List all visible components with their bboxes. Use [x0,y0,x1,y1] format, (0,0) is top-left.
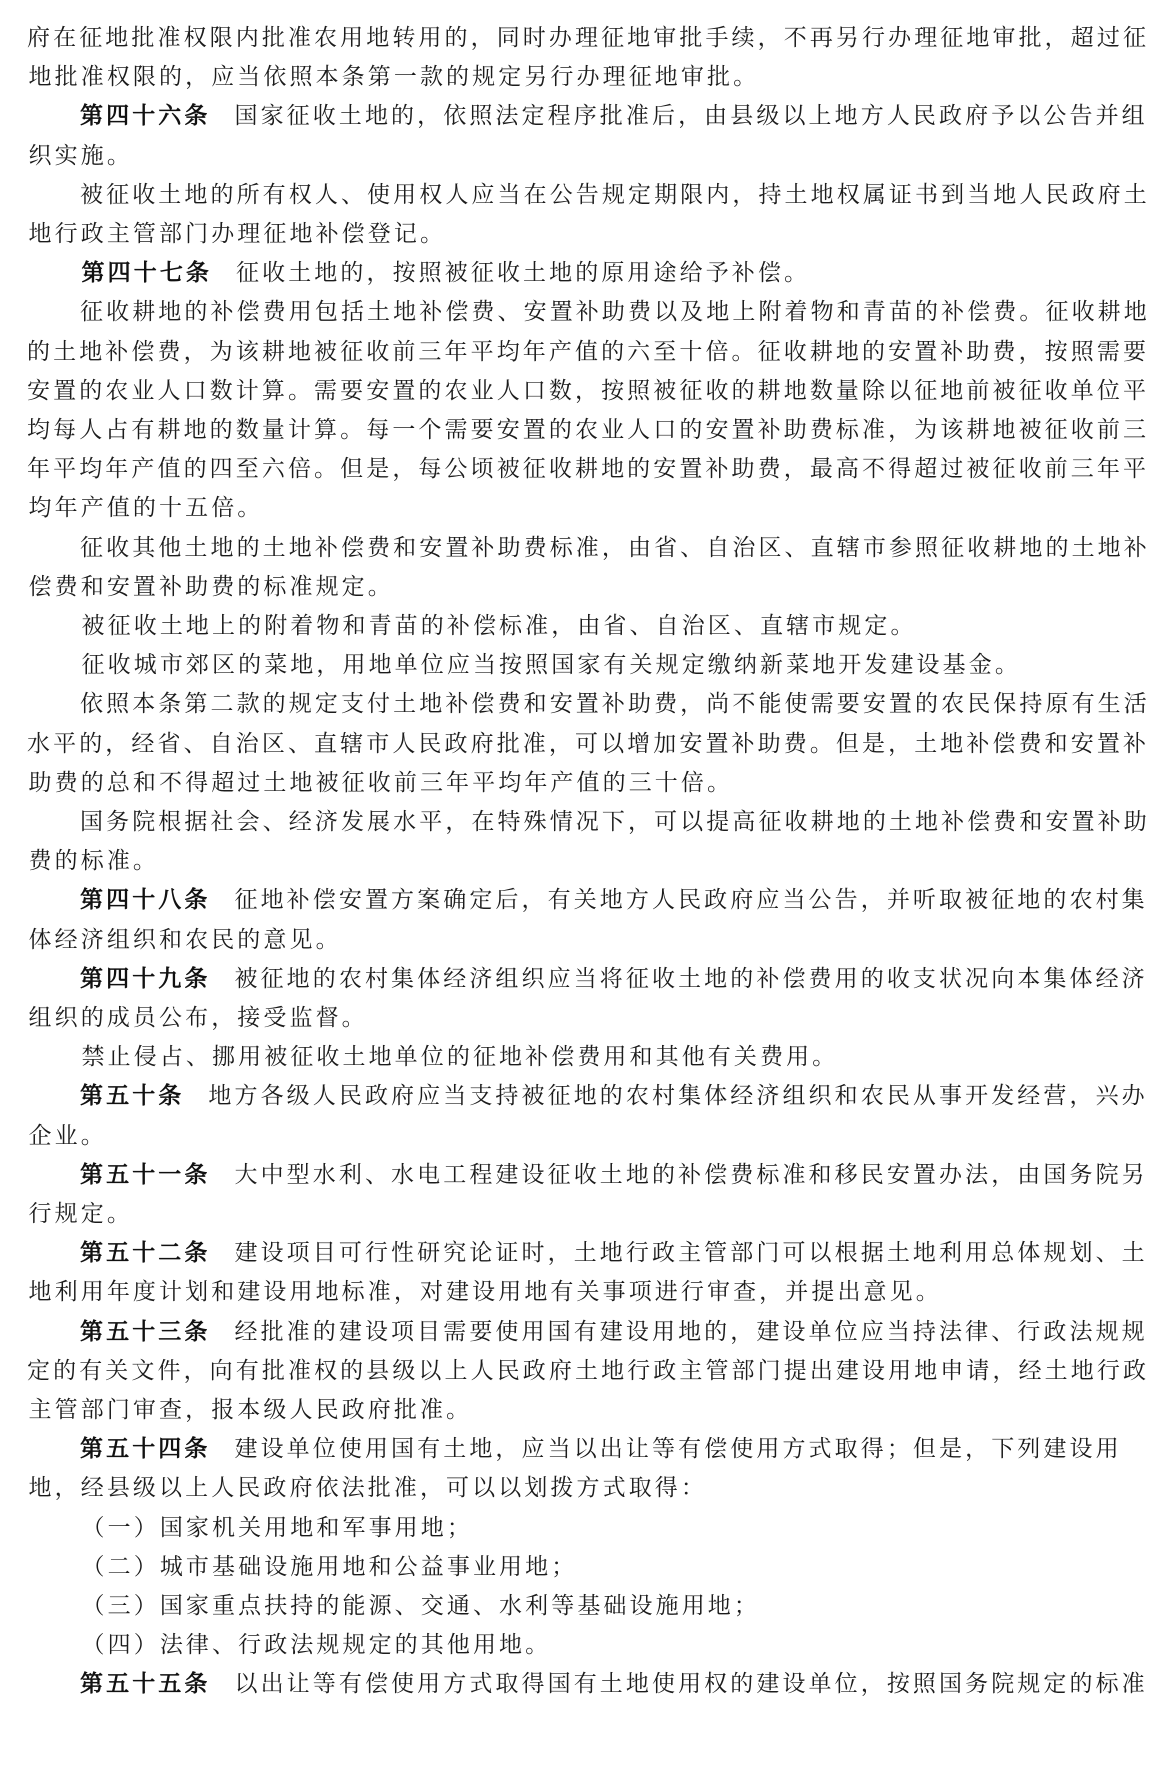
text-line: 助费的总和不得超过土地被征收前三年平均年产值的三十倍。 [27,764,732,803]
article-number: 第五十四条 [80,1436,210,1462]
text-line: 地批准权限的，应当依照本条第一款的规定另行办理征地审批。 [27,58,758,97]
line-text: （四）法律、行政法规规定的其他用地。 [80,1632,550,1658]
line-text: 大中型水利、水电工程建设征收土地的补偿费标准和移民安置办法，由国务院另 [234,1162,1147,1188]
line-text: 织实施。 [27,143,131,169]
article-heading-line: 第五十五条以出让等有偿使用方式取得国有土地使用权的建设单位，按照国务院规定的标准 [80,1665,1150,1704]
line-text: 均每人占有耕地的数量计算。每一个需要安置的农业人口的安置补助费标准，为该耕地被征… [27,417,1149,443]
text-line: 征收城市郊区的菜地，用地单位应当按照国家有关规定缴纳新菜地开发建设基金。 [80,646,1019,685]
text-line: （二）城市基础设施用地和公益事业用地； [80,1548,576,1587]
article-number: 第四十八条 [80,887,210,913]
article-heading-line: 第四十九条被征地的农村集体经济组织应当将征收土地的补偿费用的收支状况向本集体经济 [80,960,1150,999]
article-heading-line: 第五十条地方各级人民政府应当支持被征地的农村集体经济组织和农民从事开发经营，兴办 [80,1077,1150,1116]
text-line: 主管部门审查，报本级人民政府批准。 [27,1391,471,1430]
line-text: 建设项目可行性研究论证时，土地行政主管部门可以根据土地利用总体规划、土 [234,1240,1147,1266]
text-line: 均每人占有耕地的数量计算。每一个需要安置的农业人口的安置补助费标准，为该耕地被征… [27,411,1150,450]
line-text: 定的有关文件，向有批准权的县级以上人民政府土地行政主管部门提出建设用地申请，经土… [27,1358,1149,1384]
text-line: 安置的农业人口数计算。需要安置的农业人口数，按照被征收的耕地数量除以征地前被征收… [27,372,1150,411]
article-heading-line: 第五十一条大中型水利、水电工程建设征收土地的补偿费标准和移民安置办法，由国务院另 [80,1156,1150,1195]
line-text: 企业。 [27,1123,105,1149]
line-text: 费的标准。 [27,848,157,874]
article-number: 第四十七条 [80,260,210,286]
line-text: 依照本条第二款的规定支付土地补偿费和安置补助费，尚不能使需要安置的农民保持原有生… [80,691,1150,717]
text-line: 禁止侵占、挪用被征收土地单位的征地补偿费用和其他有关费用。 [80,1038,837,1077]
line-text: （一）国家机关用地和军事用地； [80,1515,471,1541]
text-line: 地，经县级以上人民政府依法批准，可以以划拨方式取得： [27,1469,705,1508]
line-text: 地，经县级以上人民政府依法批准，可以以划拨方式取得： [27,1475,705,1501]
line-text: 年平均年产值的四至六倍。但是，每公顷被征收耕地的安置补助费，最高不得超过被征收前… [27,456,1149,482]
line-text: 体经济组织和农民的意见。 [27,927,340,953]
document-page: 府在征地批准权限内批准农用地转用的，同时办理征地审批手续，不再另行办理征地审批，… [0,0,1176,1767]
text-line: 偿费和安置补助费的标准规定。 [27,568,392,607]
line-text: 征收城市郊区的菜地，用地单位应当按照国家有关规定缴纳新菜地开发建设基金。 [80,652,1019,678]
line-text: 组织的成员公布，接受监督。 [27,1005,366,1031]
line-text: 以出让等有偿使用方式取得国有土地使用权的建设单位，按照国务院规定的标准 [234,1671,1147,1697]
line-text: 府在征地批准权限内批准农用地转用的，同时办理征地审批手续，不再另行办理征地审批，… [27,25,1149,51]
text-line: 定的有关文件，向有批准权的县级以上人民政府土地行政主管部门提出建设用地申请，经土… [27,1352,1150,1391]
article-heading-line: 第四十七条征收土地的，按照被征收土地的原用途给予补偿。 [80,254,809,293]
line-text: 安置的农业人口数计算。需要安置的农业人口数，按照被征收的耕地数量除以征地前被征收… [27,378,1149,404]
line-text: 的土地补偿费，为该耕地被征收前三年平均年产值的六至十倍。征收耕地的安置补助费，按… [27,339,1149,365]
article-number: 第五十二条 [80,1240,210,1266]
line-text: （三）国家重点扶持的能源、交通、水利等基础设施用地； [80,1593,758,1619]
article-number: 第五十五条 [80,1671,210,1697]
line-text: 被征地的农村集体经济组织应当将征收土地的补偿费用的收支状况向本集体经济 [234,966,1147,992]
text-line: 费的标准。 [27,842,157,881]
line-text: 助费的总和不得超过土地被征收前三年平均年产值的三十倍。 [27,770,732,796]
text-line: 体经济组织和农民的意见。 [27,921,340,960]
article-heading-line: 第五十二条建设项目可行性研究论证时，土地行政主管部门可以根据土地利用总体规划、土 [80,1234,1150,1273]
line-text: 征收土地的，按照被征收土地的原用途给予补偿。 [234,260,808,286]
article-heading-line: 第五十三条经批准的建设项目需要使用国有建设用地的，建设单位应当持法律、行政法规规 [80,1313,1150,1352]
text-line: 行规定。 [27,1195,131,1234]
line-text: 征收耕地的补偿费用包括土地补偿费、安置补助费以及地上附着物和青苗的补偿费。征收耕… [80,299,1150,325]
line-text: 主管部门审查，报本级人民政府批准。 [27,1397,471,1423]
line-text: 地利用年度计划和建设用地标准，对建设用地有关事项进行审查，并提出意见。 [27,1279,940,1305]
article-number: 第四十九条 [80,966,210,992]
text-line: 的土地补偿费，为该耕地被征收前三年平均年产值的六至十倍。征收耕地的安置补助费，按… [27,333,1150,372]
line-text: 水平的，经省、自治区、直辖市人民政府批准，可以增加安置补助费。但是，土地补偿费和… [27,731,1149,757]
article-heading-line: 第四十八条征地补偿安置方案确定后，有关地方人民政府应当公告，并听取被征地的农村集 [80,881,1150,920]
text-line: （四）法律、行政法规规定的其他用地。 [80,1626,550,1665]
article-number: 第五十三条 [80,1319,210,1345]
text-line: 织实施。 [27,137,131,176]
line-text: （二）城市基础设施用地和公益事业用地； [80,1554,576,1580]
line-text: 被征收土地的所有权人、使用权人应当在公告规定期限内，持土地权属证书到当地人民政府… [80,182,1150,208]
text-line: 被征收土地的所有权人、使用权人应当在公告规定期限内，持土地权属证书到当地人民政府… [80,176,1150,215]
article-heading-line: 第五十四条建设单位使用国有土地，应当以出让等有偿使用方式取得；但是，下列建设用 [80,1430,1150,1469]
line-text: 均年产值的十五倍。 [27,495,262,521]
line-text: 地批准权限的，应当依照本条第一款的规定另行办理征地审批。 [27,64,758,90]
line-text: 征地补偿安置方案确定后，有关地方人民政府应当公告，并听取被征地的农村集 [234,887,1147,913]
line-text: 禁止侵占、挪用被征收土地单位的征地补偿费用和其他有关费用。 [80,1044,837,1070]
text-line: 组织的成员公布，接受监督。 [27,999,366,1038]
text-line: 地利用年度计划和建设用地标准，对建设用地有关事项进行审查，并提出意见。 [27,1273,940,1312]
text-line: 均年产值的十五倍。 [27,489,262,528]
line-text: 行规定。 [27,1201,131,1227]
text-line: 征收耕地的补偿费用包括土地补偿费、安置补助费以及地上附着物和青苗的补偿费。征收耕… [80,293,1150,332]
line-text: 征收其他土地的土地补偿费和安置补助费标准，由省、自治区、直辖市参照征收耕地的土地… [80,535,1150,561]
text-line: 府在征地批准权限内批准农用地转用的，同时办理征地审批手续，不再另行办理征地审批，… [27,19,1150,58]
text-line: 地行政主管部门办理征地补偿登记。 [27,215,445,254]
text-line: 依照本条第二款的规定支付土地补偿费和安置补助费，尚不能使需要安置的农民保持原有生… [80,685,1150,724]
text-line: （一）国家机关用地和军事用地； [80,1509,471,1548]
line-text: 地方各级人民政府应当支持被征地的农村集体经济组织和农民从事开发经营，兴办 [208,1083,1147,1109]
text-line: 水平的，经省、自治区、直辖市人民政府批准，可以增加安置补助费。但是，土地补偿费和… [27,725,1150,764]
article-number: 第四十六条 [80,103,210,129]
line-text: 偿费和安置补助费的标准规定。 [27,574,392,600]
line-text: 地行政主管部门办理征地补偿登记。 [27,221,445,247]
text-line: 被征收土地上的附着物和青苗的补偿标准，由省、自治区、直辖市规定。 [80,607,915,646]
line-text: 建设单位使用国有土地，应当以出让等有偿使用方式取得；但是，下列建设用 [234,1436,1121,1462]
article-heading-line: 第四十六条国家征收土地的，依照法定程序批准后，由县级以上地方人民政府予以公告并组 [80,97,1150,136]
line-text: 国务院根据社会、经济发展水平，在特殊情况下，可以提高征收耕地的土地补偿费和安置补… [80,809,1150,835]
text-line: 年平均年产值的四至六倍。但是，每公顷被征收耕地的安置补助费，最高不得超过被征收前… [27,450,1150,489]
article-number: 第五十条 [80,1083,184,1109]
text-line: 征收其他土地的土地补偿费和安置补助费标准，由省、自治区、直辖市参照征收耕地的土地… [80,529,1150,568]
article-number: 第五十一条 [80,1162,210,1188]
text-line: （三）国家重点扶持的能源、交通、水利等基础设施用地； [80,1587,758,1626]
line-text: 经批准的建设项目需要使用国有建设用地的，建设单位应当持法律、行政法规规 [234,1319,1147,1345]
line-text: 国家征收土地的，依照法定程序批准后，由县级以上地方人民政府予以公告并组 [234,103,1147,129]
line-text: 被征收土地上的附着物和青苗的补偿标准，由省、自治区、直辖市规定。 [80,613,915,639]
text-line: 国务院根据社会、经济发展水平，在特殊情况下，可以提高征收耕地的土地补偿费和安置补… [80,803,1150,842]
text-line: 企业。 [27,1117,105,1156]
